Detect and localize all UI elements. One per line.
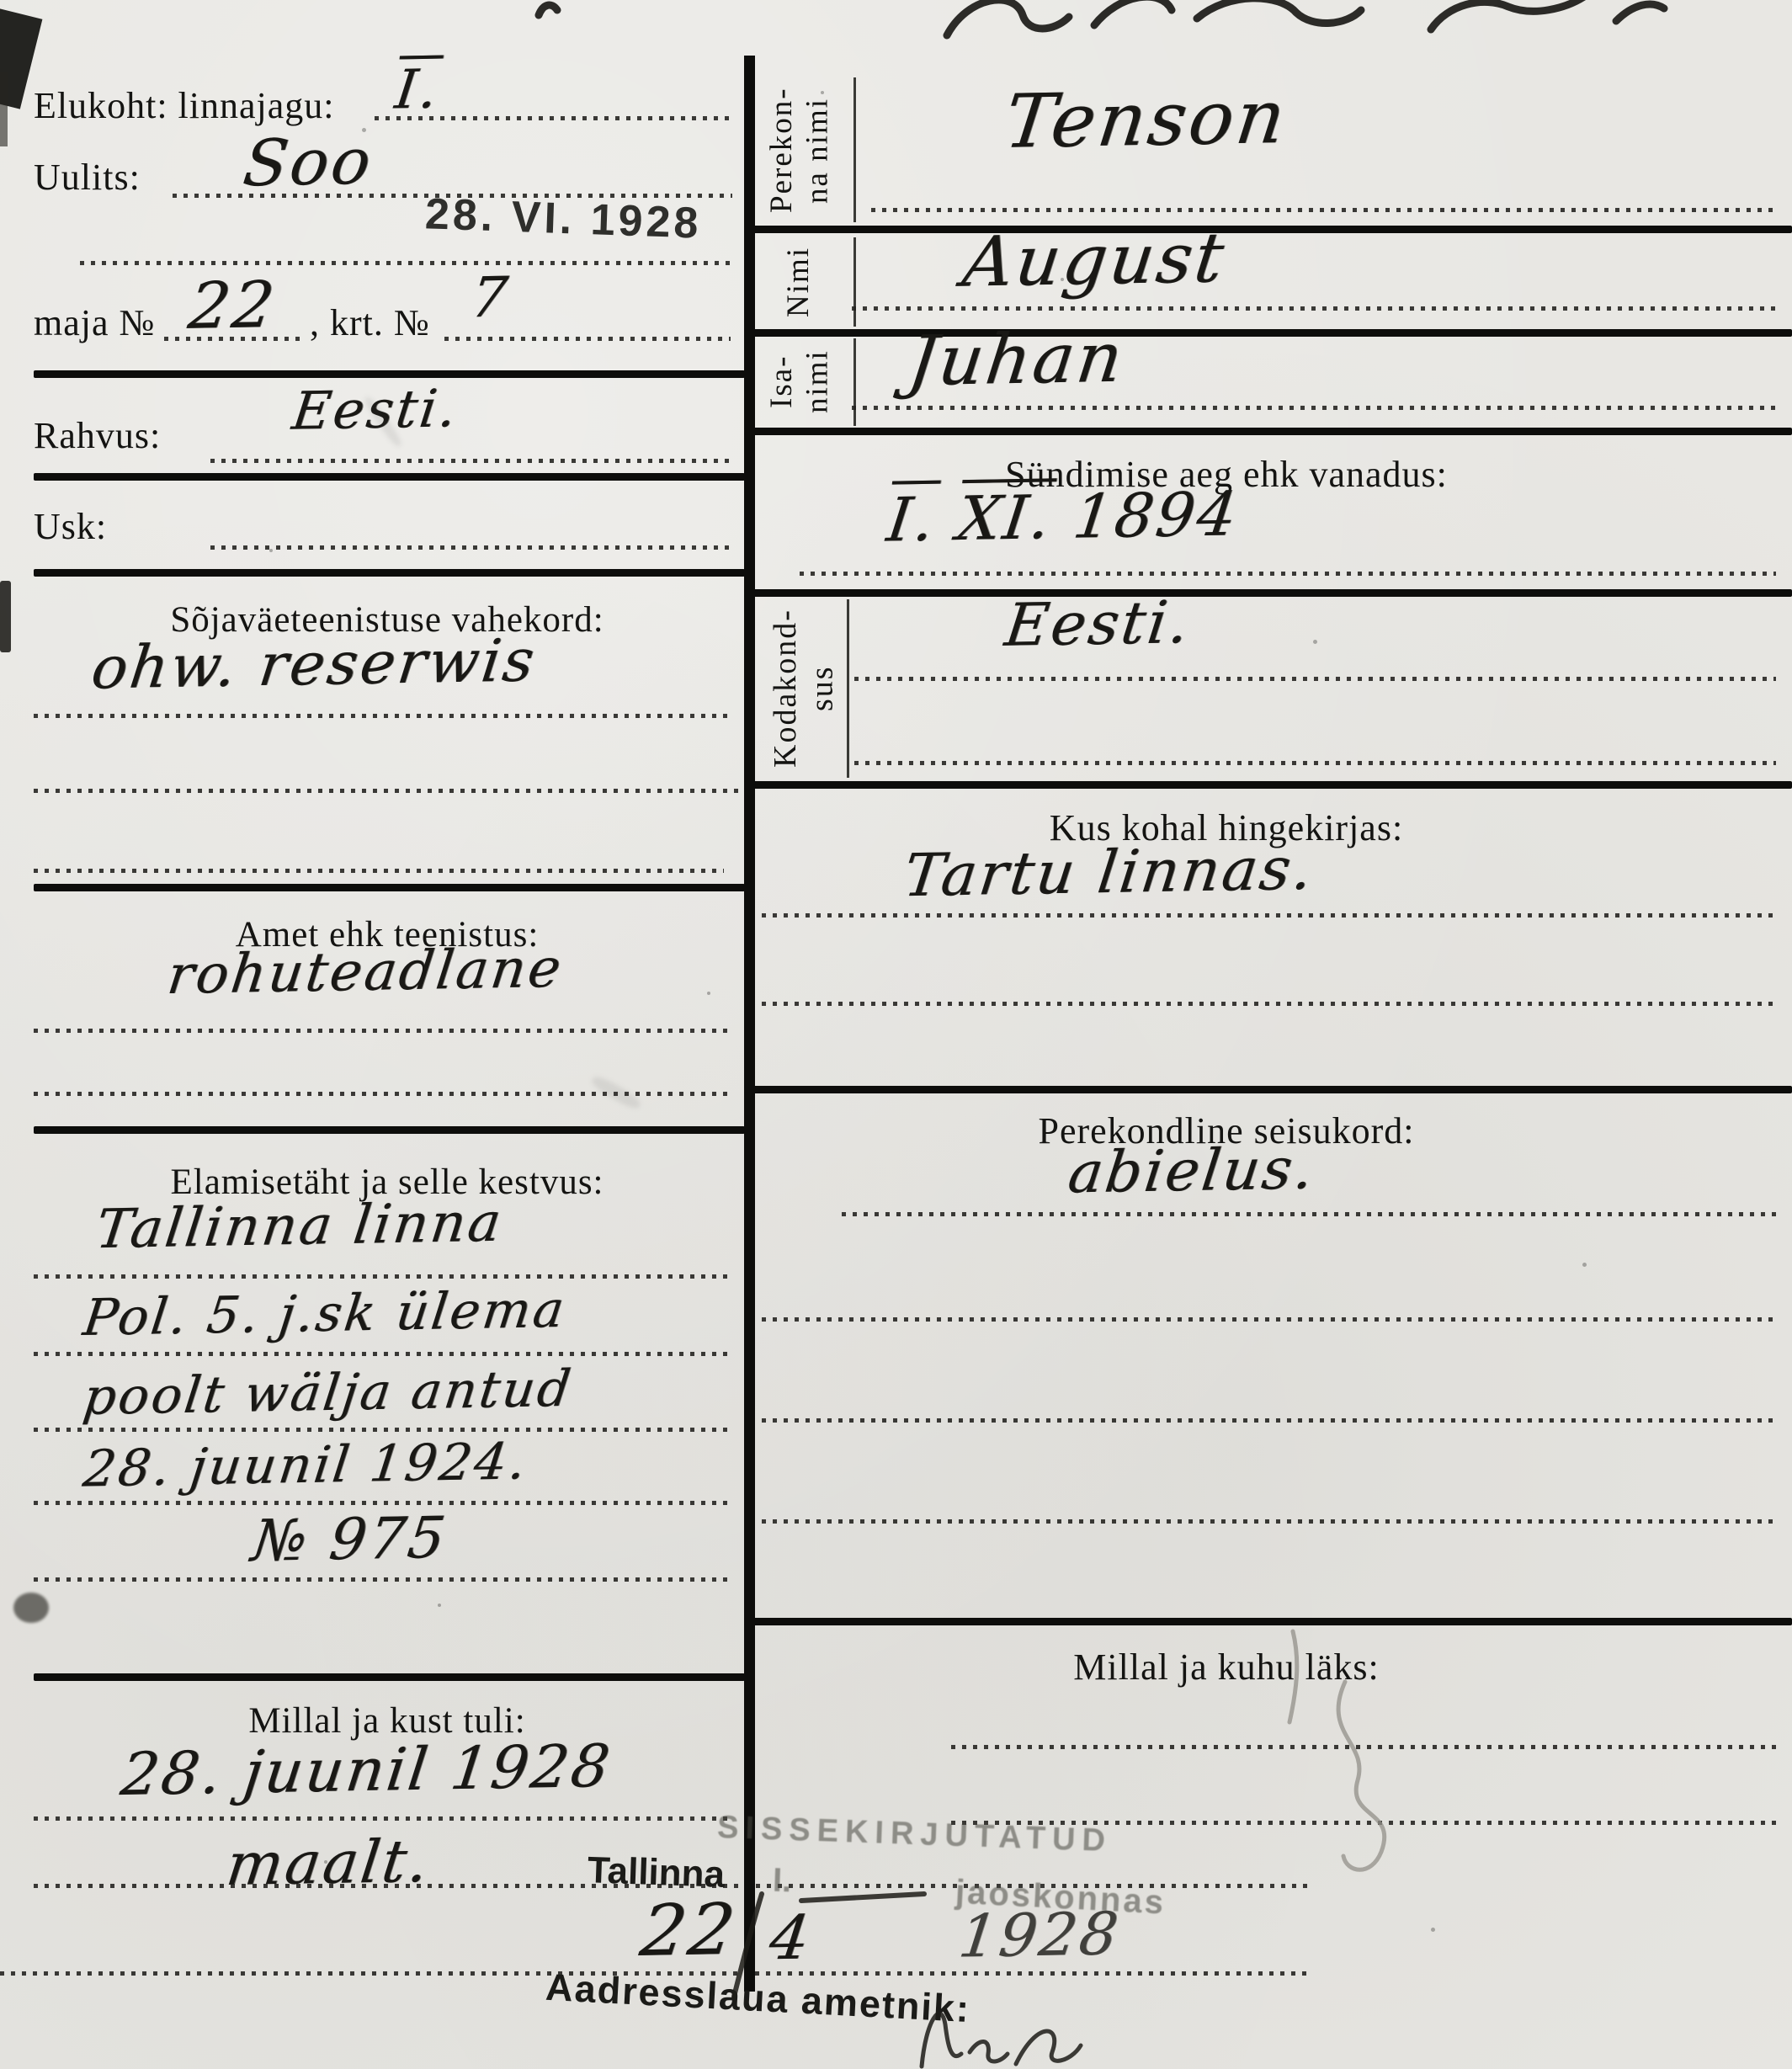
- rule-line: [847, 599, 849, 778]
- rule-line: [744, 589, 1792, 597]
- dotted-line: [34, 1501, 732, 1505]
- dotted-line: [34, 1029, 732, 1033]
- dotted-line: [762, 1002, 1776, 1006]
- paper-speck: [821, 91, 824, 94]
- rule-line: [744, 1618, 1792, 1625]
- permit-line-handwritten: 28. juunil 1924.: [80, 1432, 531, 1498]
- citizenship-label-line: Kodakond-: [768, 599, 805, 778]
- paper-speck: [324, 1860, 327, 1864]
- elukoht-value-handwritten: I.: [391, 59, 443, 122]
- birth-year: 1894: [1070, 478, 1243, 551]
- dotted-line: [210, 459, 732, 463]
- maja-label: maja №: [34, 301, 156, 344]
- rule-line: [744, 781, 1792, 789]
- birth-day: I.: [883, 484, 940, 556]
- citizenship-value-handwritten: Eesti.: [1002, 588, 1195, 660]
- paper-speck: [438, 1604, 441, 1607]
- paper-speck: [1582, 1263, 1587, 1267]
- marital-value-handwritten: abielus.: [1065, 1136, 1320, 1206]
- paper-speck: [269, 549, 273, 552]
- dotted-line: [34, 1816, 732, 1821]
- permit-line-handwritten: poolt wälja antud: [80, 1359, 576, 1427]
- residence-value-handwritten: Tartu linnas.: [900, 834, 1318, 910]
- father-name-label-line: Isa-: [764, 338, 800, 424]
- dotted-line: [210, 545, 732, 550]
- date-stamp: 28. VI. 1928: [424, 189, 702, 248]
- dotted-line: [762, 913, 1776, 917]
- rule-line: [744, 1086, 1792, 1093]
- dotted-line: [854, 677, 1776, 681]
- dotted-line: [762, 1418, 1776, 1423]
- uulits-value-handwritten: Soo: [239, 124, 377, 201]
- military-value-handwritten: ohw. reserwis: [88, 625, 540, 702]
- elukoht-label: Elukoht: linnajagu:: [34, 84, 335, 127]
- paper-speck: [1313, 640, 1317, 644]
- dotted-line: [762, 1519, 1776, 1524]
- dotted-line: [34, 714, 732, 718]
- dotted-line: [444, 337, 731, 341]
- note-month-handwritten: 4: [766, 1902, 816, 1974]
- dotted-line: [34, 1352, 732, 1356]
- rule-line: [853, 338, 856, 426]
- district-stamp-fragment: I.: [772, 1862, 792, 1901]
- arrival-line-handwritten: 28. juunil 1928: [117, 1731, 615, 1809]
- scan-edge-artifact: [0, 72, 8, 146]
- rahvus-label: Rahvus:: [34, 414, 161, 457]
- rule-line: [744, 329, 1792, 337]
- father-name-label-line: nimi: [800, 338, 837, 424]
- rule-line: [34, 473, 745, 481]
- rule-line: [853, 237, 856, 327]
- dotted-line: [762, 1317, 1776, 1322]
- paper-speck: [1061, 278, 1064, 281]
- dotted-line: [852, 306, 1776, 311]
- surname-value-handwritten: Tenson: [1000, 73, 1292, 165]
- rule-line: [34, 569, 745, 577]
- dotted-line: [34, 1577, 732, 1582]
- rule-line: [34, 1673, 745, 1681]
- arrival-line-handwritten: maalt.: [223, 1827, 434, 1899]
- dotted-line: [852, 406, 1776, 410]
- citizenship-label: Kodakond- sus: [768, 599, 841, 778]
- surname-label-line: na nimi: [800, 81, 837, 220]
- dotted-line: [34, 1428, 732, 1432]
- divider-line: [744, 56, 755, 1992]
- dotted-line: [80, 261, 732, 265]
- rule-line: [744, 226, 1792, 233]
- father-name-label: Isa- nimi: [764, 338, 836, 424]
- uulits-label: Uulits:: [34, 156, 141, 199]
- name-label-line: Nimi: [781, 239, 817, 325]
- note-day-handwritten: 22: [636, 1888, 742, 1972]
- rule-line: [34, 884, 745, 891]
- dotted-line: [34, 1274, 732, 1279]
- top-cutoff-handwriting-stroke: [539, 0, 1664, 35]
- note-year-handwritten: 1928: [955, 1899, 1125, 1971]
- maja-value-handwritten: 22: [184, 267, 280, 343]
- citizenship-label-line: sus: [805, 599, 842, 778]
- usk-label: Usk:: [34, 505, 107, 548]
- dotted-line: [800, 572, 1776, 576]
- registration-card: Elukoht: linnajagu: I. Uulits: Soo 28. V…: [0, 0, 1792, 2069]
- rule-line: [853, 77, 856, 222]
- name-value-handwritten: August: [959, 218, 1231, 302]
- permit-line-handwritten: Pol. 5. j.sk ülema: [80, 1280, 570, 1348]
- paper-speck: [1431, 1928, 1435, 1932]
- ink-blot: [13, 1593, 49, 1623]
- surname-label-line: Perekon-: [764, 81, 800, 220]
- permit-line-handwritten: № 975: [248, 1505, 451, 1575]
- rule-line: [744, 428, 1792, 435]
- name-label: Nimi: [781, 239, 817, 325]
- krt-value-handwritten: 7: [467, 265, 513, 331]
- surname-label: Perekon- na nimi: [764, 81, 836, 220]
- scan-edge-artifact: [0, 581, 11, 652]
- father-value-handwritten: Juhan: [904, 318, 1129, 402]
- rule-line: [34, 1126, 745, 1134]
- rule-line: [34, 370, 745, 378]
- paper-speck: [362, 128, 366, 132]
- dotted-line: [871, 208, 1776, 212]
- krt-label: , krt. №: [310, 301, 430, 344]
- dotted-line: [34, 789, 741, 793]
- departure-heading: Millal ja kuhu läks:: [744, 1646, 1709, 1689]
- dotted-line: [34, 869, 724, 873]
- occupation-value-handwritten: rohuteadlane: [164, 938, 566, 1007]
- registered-stamp: SISSEKIRJUTATUD: [716, 1810, 1112, 1859]
- permit-line-handwritten: Tallinna linna: [93, 1192, 507, 1261]
- dotted-line: [854, 761, 1776, 765]
- dotted-line: [951, 1745, 1776, 1749]
- birth-month: XI.: [954, 481, 1056, 554]
- dotted-line: [842, 1212, 1776, 1216]
- birth-value-handwritten: I. XI. 1894: [883, 478, 1242, 555]
- paper-speck: [707, 992, 710, 995]
